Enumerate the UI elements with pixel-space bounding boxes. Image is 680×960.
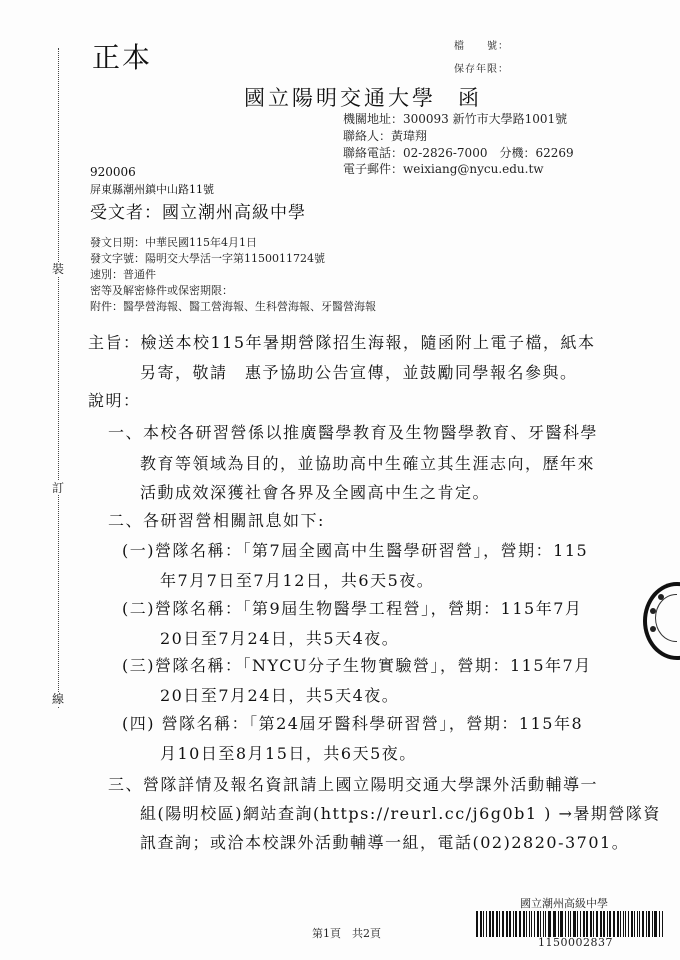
explanation-item-3-line-2: 組(陽明校區)網站查詢(https://reurl.cc/j6g0b1 ) →暑… [140,801,661,824]
camp-2-line-1: (二)營隊名稱：「第9屆生物醫學工程營」，營期：115年7月 [122,596,582,619]
contact-person: 聯絡人：黃瑋翔 [343,127,427,144]
subject-line-1: 主旨：檢送本校115年暑期營隊招生海報，隨函附上電子檔，紙本 [88,330,596,353]
contact-address: 機關地址：300093 新竹市大學路1001號 [343,110,567,127]
organization-name: 國立陽明交通大學 [244,86,436,110]
camp-1-line-2: 年7月7日至7月12日，共6天5夜。 [160,568,434,591]
camp-1-line-1: (一)營隊名稱：「第7屆全國高中生醫學研習營」，營期：115 [122,538,588,561]
page-number: 第1頁 共2頁 [312,925,381,941]
subject-line-2: 另寄，敬請 惠予協助公告宣傳，並鼓勵同學報名參與。 [140,360,578,383]
document-title: 國立陽明交通大學函 [244,82,482,112]
file-number-label: 檔 號： [454,37,509,52]
explanation-item-2: 二、各研習營相關訊息如下: [108,508,325,531]
camp-3-line-1: (三)營隊名稱：「NYCU分子生物實驗營」，營期：115年7月 [122,653,592,676]
explanation-item-1-line-1: 一、本校各研習營係以推廣醫學教育及生物醫學教育、牙醫科學 [108,420,598,443]
binding-mark-zhuang: 裝 [52,262,64,276]
seal-stamp-mark [650,626,656,632]
explanation-item-3-line-3: 訊查詢；或洽本校課外活動輔導一組，電話(02)2820-3701。 [140,830,629,853]
explanation-item-1-line-2: 教育等領域為目的，並協助高中生確立其生涯志向，歷年來 [140,451,595,474]
retention-period-label: 保存年限： [454,60,509,75]
binding-line [58,48,59,708]
attachments: 附件：醫學營海報、醫工營海報、生科營海報、牙醫營海報 [90,298,376,314]
binding-mark-xian: 線 [52,692,64,706]
barcode [476,911,664,937]
contact-phone: 聯絡電話：02-2826-7000 分機：62269 [343,144,574,161]
issue-date: 發文日期：中華民國115年4月1日 [90,234,257,250]
explanation-item-1-line-3: 活動成效深獲社會各界及全國高中生之肯定。 [140,480,490,503]
explanation-item-3-line-1: 三、營隊詳情及報名資訊請上國立陽明交通大學課外活動輔導一 [108,772,598,795]
document-type: 函 [458,86,482,110]
seal-stamp-mark [658,594,664,600]
camp-4-line-1: (四) 營隊名稱：「第24屆牙醫科學研習營」，營期：115年8 [122,711,583,734]
recipient-name: 受文者：國立潮州高級中學 [90,198,306,223]
camp-2-line-2: 20日至7月24日，共5天4夜。 [160,626,399,649]
document-number: 發文字號：陽明交大學活一字第1150011724號 [90,250,325,266]
barcode-number: 1150002837 [538,936,613,949]
secrecy-level: 密等及解密條件或保密期限： [90,282,233,298]
explanation-label: 說明： [88,388,141,411]
original-copy-mark: 正本 [92,36,152,76]
barcode-label: 國立潮州高級中學 [520,895,608,911]
delivery-speed: 速別：普通件 [90,266,156,282]
camp-4-line-2: 月10日至8月15日，共6天5夜。 [160,741,417,764]
binding-mark-ding: 訂 [52,481,64,495]
recipient-zip: 920006 [90,165,136,179]
contact-email: 電子郵件：weixiang@nycu.edu.tw [343,160,544,177]
recipient-address: 屏東縣潮州鎮中山路11號 [90,181,214,197]
official-letter-page: 裝 訂 線 正本 檔 號： 保存年限： 國立陽明交通大學函 機關地址：30009… [0,0,680,960]
camp-3-line-2: 20日至7月24日，共5天4夜。 [160,683,399,706]
seal-stamp-mark [650,608,656,614]
